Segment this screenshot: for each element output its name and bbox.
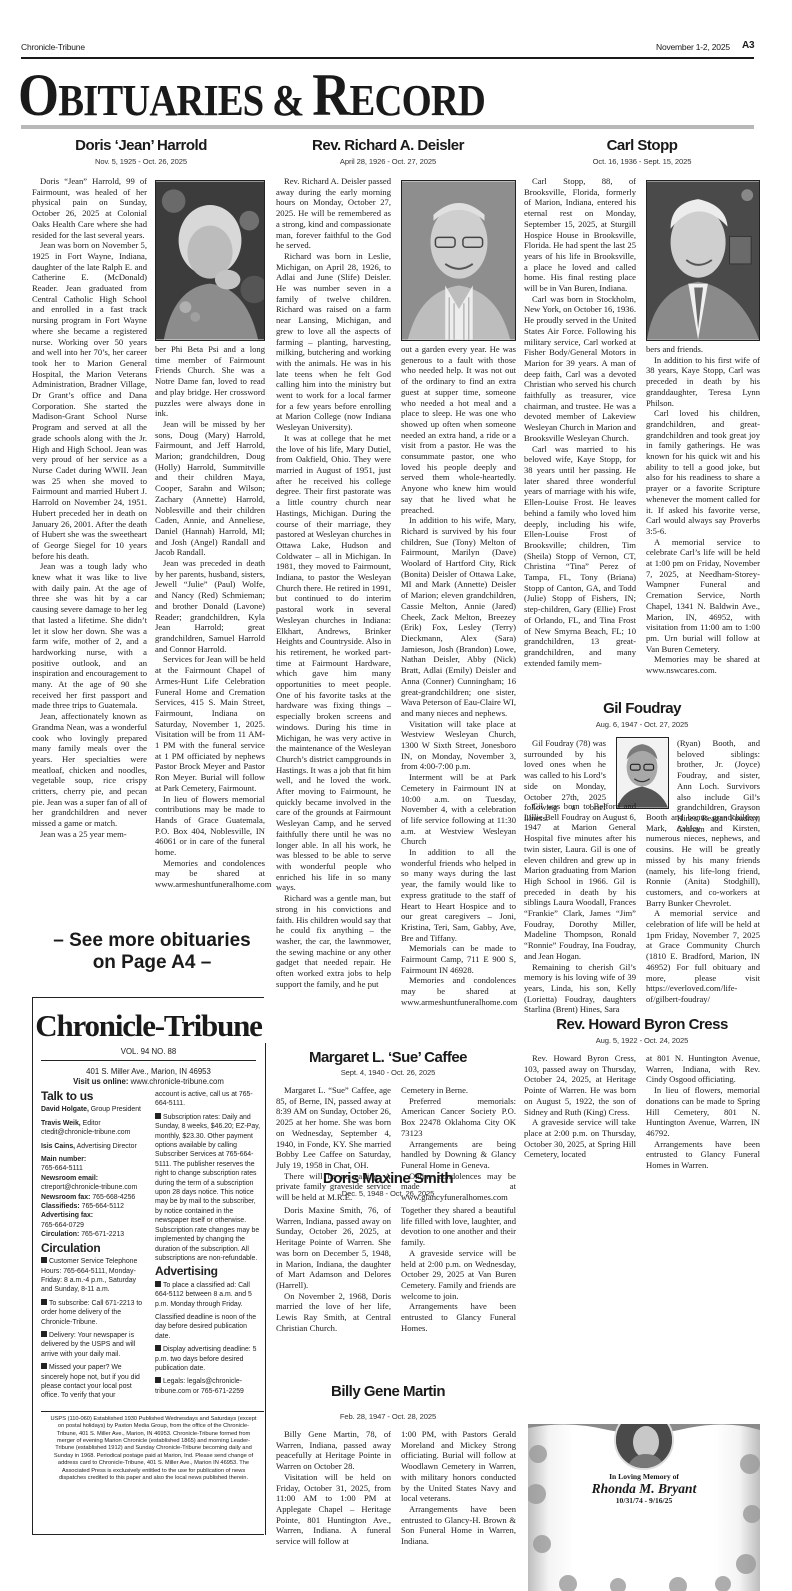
obit-name-caffee: Margaret L. ‘Sue’ Caffee	[268, 1049, 508, 1066]
obit-body-harrold-col2: ber Phi Beta Psi and a long time member …	[155, 344, 265, 890]
obit-body-martin-col2: 1:00 PM, with Pastors Gerald Moreland an…	[401, 1429, 516, 1547]
obit-dates-caffee: Sept. 4, 1940 - Oct. 26, 2025	[268, 1068, 508, 1077]
obit-body-cress-col2: at 801 N. Huntington Avenue, Warren, Ind…	[646, 1053, 760, 1171]
obit-body-smith-col2: Together they shared a beautiful life fi…	[401, 1205, 516, 1333]
portrait-elderly-woman-icon	[156, 181, 264, 340]
portrait-woman-circle-icon	[616, 1424, 674, 1470]
obit-body-harrold-col1: Doris “Jean” Harrold, 99 of Fairmount, w…	[32, 176, 147, 840]
bullet-square-icon	[41, 1257, 47, 1263]
obit-name-deisler: Rev. Richard A. Deisler	[268, 137, 508, 154]
bullet-square-icon	[155, 1281, 161, 1287]
obit-body-foudray-col1: Gil was born to Belford and Lillie Bell …	[524, 801, 636, 1015]
obit-name-cress: Rev. Howard Byron Cress	[522, 1016, 762, 1033]
photo-foudray	[616, 737, 669, 809]
see-more-line1: – See more obituaries	[40, 930, 264, 952]
header-rule	[21, 57, 754, 59]
photo-harrold	[155, 180, 265, 341]
portrait-elderly-man-glasses-icon	[402, 181, 515, 340]
obit-name-martin: Billy Gene Martin	[268, 1383, 508, 1400]
photo-bryant	[614, 1424, 674, 1470]
obit-body-smith-col1: Doris Maxine Smith, 76, of Warren, India…	[276, 1205, 391, 1333]
bullet-square-icon	[41, 1363, 47, 1369]
obit-dates-deisler: April 28, 1926 - Oct. 27, 2025	[268, 157, 508, 166]
obit-dates-foudray: Aug. 6, 1947 - Oct. 27, 2025	[522, 720, 762, 729]
obit-body-cress-col1: Rev. Howard Byron Cress, 103, passed awa…	[524, 1053, 636, 1160]
obit-dates-smith: Dec. 5, 1948 - Oct. 26, 2025	[268, 1189, 508, 1198]
obit-body-deisler-col2: out a garden every year. He was generous…	[401, 344, 516, 1008]
bullet-square-icon	[155, 1377, 161, 1383]
photo-deisler	[401, 180, 516, 341]
obit-body-foudray-col2: Booth and bonus grandchildren Mark, Ashl…	[646, 812, 760, 1005]
issue-date: November 1-2, 2025	[656, 42, 730, 52]
see-more-banner: – See more obituaries on Page A4 –	[40, 930, 264, 974]
obit-name-foudray: Gil Foudray	[522, 700, 762, 717]
obit-dates-stopp: Oct. 16, 1936 - Sept. 15, 2025	[522, 157, 762, 166]
ct-address: 401 S. Miller Ave., Marion, IN 46953	[33, 1067, 264, 1077]
portrait-man-glasses-icon	[617, 738, 668, 808]
divider	[41, 1060, 256, 1061]
obit-body-martin-col1: Billy Gene Martin, 78, of Warren, Indian…	[276, 1429, 391, 1547]
bullet-square-icon	[155, 1345, 161, 1351]
ct-website-link[interactable]: www.chronicle-tribune.com	[131, 1077, 224, 1086]
bullet-square-icon	[155, 1113, 161, 1119]
memorial-ad-bryant: In Loving Memory of Rhonda M. Bryant 10/…	[528, 1424, 760, 1591]
advertising-heading: Advertising	[155, 1267, 261, 1276]
photo-stopp	[646, 180, 760, 341]
bullet-square-icon	[41, 1299, 47, 1305]
obit-dates-harrold: Nov. 5, 1925 - Oct. 26, 2025	[21, 157, 261, 166]
ct-box-right-edge	[265, 1043, 266, 1535]
obit-name-harrold: Doris ‘Jean’ Harrold	[21, 137, 261, 154]
ct-logo: Chronicle-Tribune	[33, 1008, 264, 1044]
newsroom-email-link[interactable]: ctreport@chronicle-tribune.com	[41, 1183, 147, 1192]
ct-volume: VOL. 94 NO. 88	[33, 1047, 264, 1056]
obit-body-stopp-col1: Carl Stopp, 88, of Brooksville, Florida,…	[524, 176, 636, 668]
obit-name-stopp: Carl Stopp	[522, 137, 762, 154]
talk-to-us-heading: Talk to us	[41, 1092, 147, 1101]
obit-body-stopp-col2: bers and friends. In addition to his fir…	[646, 344, 760, 676]
masthead-info-box: Chronicle-Tribune VOL. 94 NO. 88 401 S. …	[32, 997, 264, 1535]
section-title: OBITUARIES & RECORD	[18, 62, 485, 134]
circulation-heading: Circulation	[41, 1244, 147, 1253]
section-rule	[21, 125, 754, 129]
bullet-square-icon	[41, 1331, 47, 1337]
ct-visit-label: Visit us online:	[73, 1077, 128, 1086]
page-number: A3	[742, 40, 754, 51]
see-more-line2: on Page A4 –	[40, 952, 264, 974]
portrait-elderly-man-suit-icon	[647, 181, 759, 340]
ct-left-column: Talk to us David Holgate, Group Presiden…	[41, 1090, 147, 1405]
obit-dates-cress: Aug. 5, 1922 - Oct. 24, 2025	[522, 1036, 762, 1045]
ct-publication-notice: USPS (110-060) Established 1930 Publishe…	[41, 1411, 264, 1483]
memorial-name: Rhonda M. Bryant	[528, 1481, 760, 1496]
ct-right-column: account is active, call us at 765-664-51…	[155, 1090, 261, 1405]
memorial-text: In Loving Memory of Rhonda M. Bryant 10/…	[528, 1424, 760, 1505]
editor-email-link[interactable]: ctedit@chronicle-tribune.com	[41, 1129, 130, 1136]
obit-name-smith: Doris Maxine Smith	[268, 1170, 508, 1187]
obit-dates-martin: Feb. 28, 1947 - Oct. 28, 2025	[268, 1412, 508, 1421]
obit-body-deisler-col1: Rev. Richard A. Deisler passed away duri…	[276, 176, 391, 989]
publication-name: Chronicle-Tribune	[21, 42, 85, 52]
